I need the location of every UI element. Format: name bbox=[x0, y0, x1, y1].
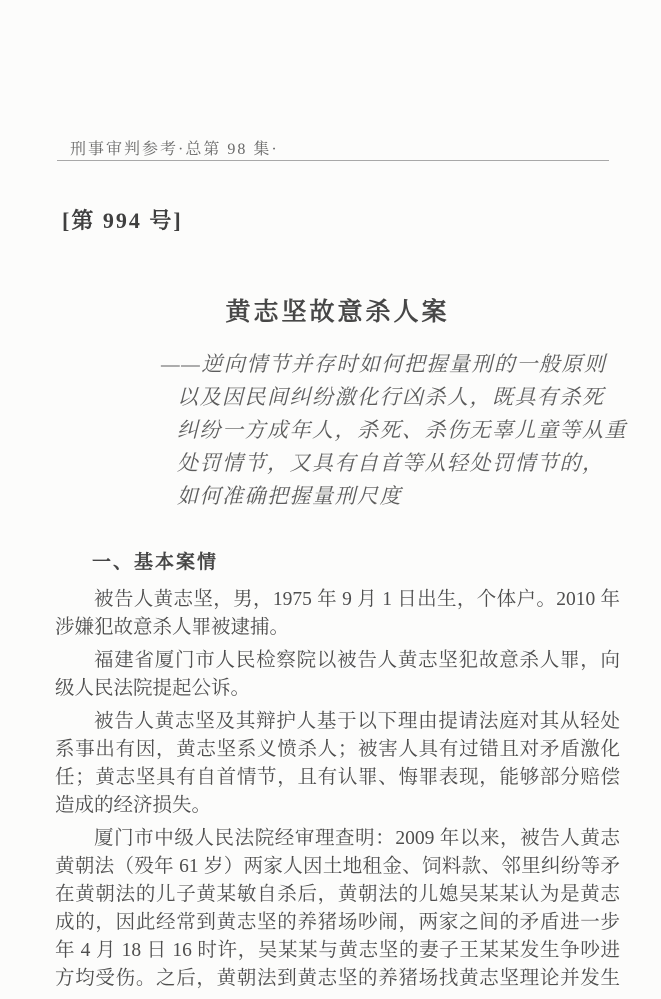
body-paragraph: 厦门市中级人民法院经审理查明：2009 年以来，被告人黄志坚与被害人 黄朝法（殁… bbox=[55, 825, 620, 993]
body-paragraph: 被告人黄志坚，男，1975 年 9 月 1 日出生，个体户。2010 年 4 月… bbox=[55, 586, 620, 642]
text-line: 方均受伤。之后，黄朝法到黄志坚的养猪场找黄志坚理论并发生争执，黄志 bbox=[55, 965, 620, 993]
case-subtitle: ——逆向情节并存时如何把握量刑的一般原则 以及因民间纠纷激化行凶杀人，既具有杀死… bbox=[55, 348, 620, 513]
subtitle-line: 处罚情节，又具有自首等从轻处罚情节的， bbox=[55, 447, 620, 480]
text-line: 被告人黄志坚，男，1975 年 9 月 1 日出生，个体户。2010 年 4 月… bbox=[55, 586, 620, 614]
text-line: 级人民法院提起公诉。 bbox=[55, 675, 620, 703]
text-line: 任；黄志坚具有自首情节，且有认罪、悔罪表现，能够部分赔偿给被害人家属 bbox=[55, 764, 620, 792]
text-line: 在黄朝法的儿子黄某敏自杀后，黄朝法的儿媳吴某某认为是黄志坚夫妇造 bbox=[55, 881, 620, 909]
running-header: 刑事审判参考·总第 98 集· bbox=[70, 136, 279, 159]
text-line: 年 4 月 18 日 16 时许，吴某某与黄志坚的妻子王某某发生争吵进而打斗，双 bbox=[55, 937, 620, 965]
text-line: 系事出有因，黄志坚系义愤杀人；被害人具有过错且对矛盾激化负有主要责 bbox=[55, 736, 620, 764]
text-line: 成的，因此经常到黄志坚的养猪场吵闹，两家之间的矛盾进一步加深。2010 bbox=[55, 909, 620, 937]
case-number: [第 994 号] bbox=[62, 204, 183, 235]
case-title: 黄志坚故意杀人案 bbox=[55, 292, 620, 328]
subtitle-line: 如何准确把握量刑尺度 bbox=[55, 480, 620, 513]
text-line: 福建省厦门市人民检察院以被告人黄志坚犯故意杀人罪，向厦门市中 bbox=[55, 647, 620, 675]
subtitle-line: 纠纷一方成年人，杀死、杀伤无辜儿童等从重 bbox=[55, 414, 620, 447]
body-paragraph: 被告人黄志坚及其辩护人基于以下理由提请法庭对其从轻处罚：本案 系事出有因，黄志坚… bbox=[55, 708, 620, 820]
text-line: 造成的经济损失。 bbox=[55, 792, 620, 820]
subtitle-line: ——逆向情节并存时如何把握量刑的一般原则 bbox=[55, 348, 620, 381]
text-line: 黄朝法（殁年 61 岁）两家人因土地租金、饲料款、邻里纠纷等矛盾经常吵架。 bbox=[55, 853, 620, 881]
text-line: 涉嫌犯故意杀人罪被逮捕。 bbox=[55, 614, 620, 642]
subtitle-line: 以及因民间纠纷激化行凶杀人，既具有杀死 bbox=[55, 381, 620, 414]
text-line: 厦门市中级人民法院经审理查明：2009 年以来，被告人黄志坚与被害人 bbox=[55, 825, 620, 853]
body-paragraph: 福建省厦门市人民检察院以被告人黄志坚犯故意杀人罪，向厦门市中 级人民法院提起公诉… bbox=[55, 647, 620, 703]
document-page: 刑事审判参考·总第 98 集· [第 994 号] 黄志坚故意杀人案 ——逆向情… bbox=[0, 0, 661, 999]
section-heading: 一、基本案情 bbox=[92, 547, 218, 574]
case-body: 被告人黄志坚，男，1975 年 9 月 1 日出生，个体户。2010 年 4 月… bbox=[55, 586, 620, 993]
text-line: 被告人黄志坚及其辩护人基于以下理由提请法庭对其从轻处罚：本案 bbox=[55, 708, 620, 736]
header-rule bbox=[57, 160, 609, 161]
